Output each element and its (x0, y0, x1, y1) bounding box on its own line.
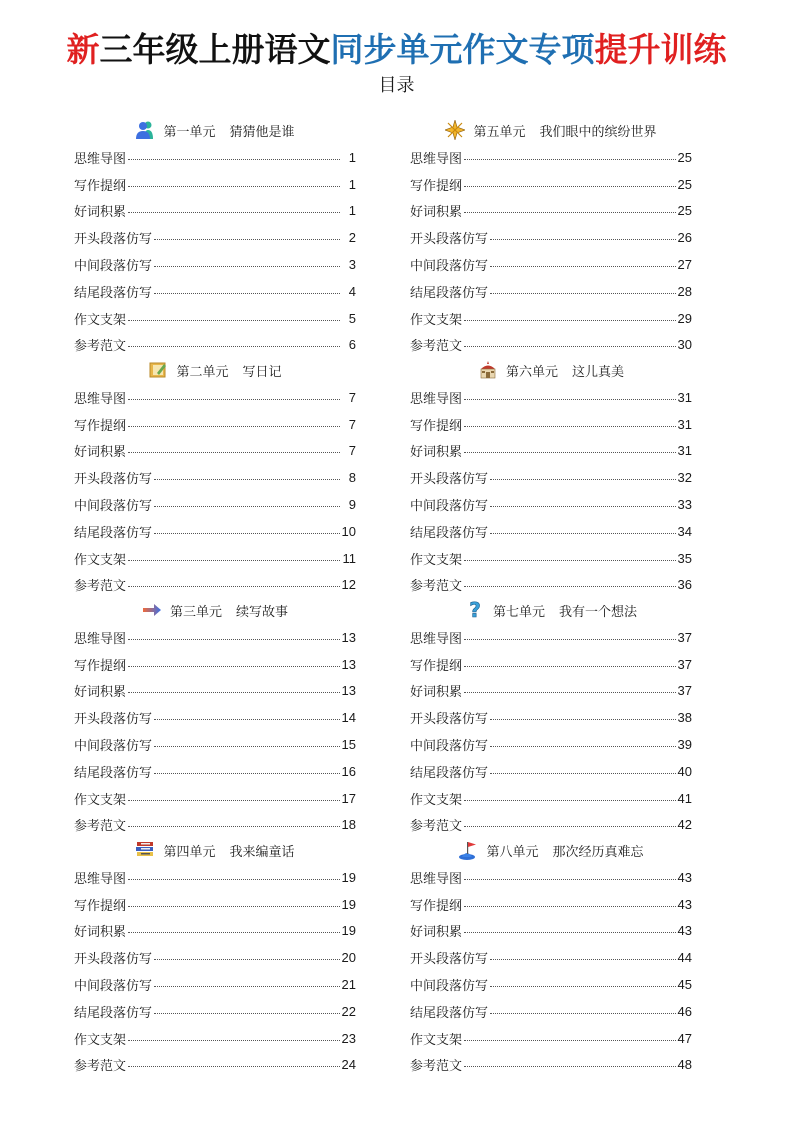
dot-leader (490, 479, 676, 480)
dot-leader (490, 1013, 676, 1014)
toc-entry-page: 19 (342, 897, 356, 912)
dot-leader (490, 533, 676, 534)
toc-entry-label: 结尾段落仿写 (74, 522, 152, 541)
toc-entry[interactable]: 作文支架41 (410, 785, 692, 812)
toc-unit: 第四单元我来编童话思维导图19写作提纲19好词积累19开头段落仿写20中间段落仿… (74, 836, 356, 1076)
toc-entry-label: 好词积累 (410, 201, 462, 220)
svg-text:?: ? (469, 600, 481, 620)
toc-entry[interactable]: 思维导图43 (410, 864, 692, 891)
toc-entry-page: 33 (678, 497, 692, 512)
toc-entry-page: 9 (342, 497, 356, 512)
toc-unit: 第八单元那次经历真难忘思维导图43写作提纲43好词积累43开头段落仿写44中间段… (410, 836, 692, 1076)
dot-leader (154, 746, 340, 747)
toc-entry[interactable]: 好词积累25 (410, 198, 692, 225)
dot-leader (464, 452, 676, 453)
toc-entry-page: 26 (678, 230, 692, 245)
toc-entry[interactable]: 中间段落仿写3 (74, 251, 356, 278)
toc-entry-page: 43 (678, 923, 692, 938)
toc-entry-page: 48 (678, 1057, 692, 1072)
unit-header[interactable]: 第六单元这儿真美 (410, 356, 692, 384)
title-part-1: 新 (67, 30, 100, 69)
toc-entry-page: 7 (342, 443, 356, 458)
dot-leader (154, 719, 340, 720)
dot-leader (154, 239, 340, 240)
unit-name: 猜猜他是谁 (230, 121, 295, 140)
toc-entry[interactable]: 好词积累43 (410, 918, 692, 945)
toc-entry[interactable]: 写作提纲43 (410, 891, 692, 918)
unit-header[interactable]: 第一单元猜猜他是谁 (74, 116, 356, 144)
toc-entry-label: 参考范文 (74, 1055, 126, 1074)
toc-entry[interactable]: 中间段落仿写39 (410, 731, 692, 758)
unit-header[interactable]: 第四单元我来编童话 (74, 836, 356, 864)
toc-entry[interactable]: 写作提纲7 (74, 411, 356, 438)
toc-entry-label: 开头段落仿写 (410, 228, 488, 247)
toc-entry[interactable]: 写作提纲31 (410, 411, 692, 438)
dot-leader (154, 986, 340, 987)
toc-entry-label: 中间段落仿写 (410, 495, 488, 514)
toc-entry-label: 好词积累 (410, 441, 462, 460)
unit-number: 第六单元 (506, 361, 558, 380)
toc-entry-page: 46 (678, 1004, 692, 1019)
question-icon: ? (465, 600, 485, 620)
toc-entry[interactable]: 结尾段落仿写40 (410, 758, 692, 785)
toc-entry-page: 37 (678, 630, 692, 645)
toc-entry-label: 好词积累 (410, 681, 462, 700)
toc-entry[interactable]: 结尾段落仿写22 (74, 998, 356, 1025)
dot-leader (128, 826, 340, 827)
toc-heading: 目录 (0, 74, 793, 98)
toc-entry[interactable]: 参考范文42 (410, 812, 692, 839)
toc-entry[interactable]: 好词积累13 (74, 678, 356, 705)
toc-entry-label: 写作提纲 (410, 655, 462, 674)
building-icon (478, 360, 498, 380)
toc-unit: 第六单元这儿真美思维导图31写作提纲31好词积累31开头段落仿写32中间段落仿写… (410, 356, 692, 596)
toc-entry[interactable]: 中间段落仿写15 (74, 731, 356, 758)
toc-entry[interactable]: 作文支架47 (410, 1025, 692, 1052)
toc-entry-page: 5 (342, 311, 356, 326)
toc-entry-page: 2 (342, 230, 356, 245)
dot-leader (464, 320, 676, 321)
unit-number: 第三单元 (170, 601, 222, 620)
toc-entry-label: 结尾段落仿写 (410, 282, 488, 301)
toc-entry-page: 19 (342, 923, 356, 938)
toc-entry-page: 44 (678, 950, 692, 965)
unit-name: 这儿真美 (572, 361, 624, 380)
toc-entry-label: 结尾段落仿写 (410, 522, 488, 541)
toc-entry-label: 结尾段落仿写 (410, 1002, 488, 1021)
unit-header[interactable]: ?第七单元我有一个想法 (410, 596, 692, 624)
dot-leader (464, 800, 676, 801)
dot-leader (128, 906, 340, 907)
toc-entry[interactable]: 写作提纲13 (74, 651, 356, 678)
toc-entry[interactable]: 写作提纲37 (410, 651, 692, 678)
people-icon (135, 120, 155, 140)
unit-number: 第八单元 (486, 841, 538, 860)
toc-entry-label: 开头段落仿写 (74, 228, 152, 247)
toc-entry[interactable]: 作文支架35 (410, 545, 692, 572)
toc-entry[interactable]: 中间段落仿写9 (74, 491, 356, 518)
toc-entry-label: 开头段落仿写 (74, 708, 152, 727)
title-part-4: 提升训练 (595, 30, 727, 69)
toc-entry-label: 中间段落仿写 (410, 735, 488, 754)
unit-number: 第四单元 (163, 841, 215, 860)
unit-number: 第二单元 (176, 361, 228, 380)
toc-entry[interactable]: 作文支架11 (74, 545, 356, 572)
unit-number: 第七单元 (493, 601, 545, 620)
unit-name: 我有一个想法 (559, 601, 637, 620)
dot-leader (464, 399, 676, 400)
unit-header[interactable]: 第三单元续写故事 (74, 596, 356, 624)
dot-leader (464, 159, 676, 160)
toc-unit: 第一单元猜猜他是谁思维导图1写作提纲1好词积累1开头段落仿写2中间段落仿写3结尾… (74, 116, 356, 356)
toc-entry-label: 中间段落仿写 (74, 975, 152, 994)
toc-entry-label: 写作提纲 (410, 175, 462, 194)
toc-entry-page: 7 (342, 390, 356, 405)
toc-entry[interactable]: 写作提纲25 (410, 171, 692, 198)
dot-leader (128, 666, 340, 667)
toc-entry-label: 参考范文 (74, 575, 126, 594)
dot-leader (128, 586, 340, 587)
toc-entry-label: 开头段落仿写 (410, 468, 488, 487)
toc-entry-label: 结尾段落仿写 (74, 1002, 152, 1021)
toc-entry-page: 16 (342, 764, 356, 779)
toc-entry[interactable]: 结尾段落仿写4 (74, 278, 356, 305)
toc-entry-page: 40 (678, 764, 692, 779)
toc-entry[interactable]: 参考范文12 (74, 572, 356, 599)
title-part-2: 三年级上册语文 (100, 30, 331, 69)
dot-leader (490, 239, 676, 240)
toc-entry-label: 思维导图 (410, 628, 462, 647)
arrow-icon (142, 600, 162, 620)
unit-header[interactable]: 第八单元那次经历真难忘 (410, 836, 692, 864)
toc-entry[interactable]: 结尾段落仿写10 (74, 518, 356, 545)
toc-entry-label: 好词积累 (74, 201, 126, 220)
toc-entry-page: 37 (678, 683, 692, 698)
toc-entry[interactable]: 中间段落仿写21 (74, 971, 356, 998)
toc-entry-page: 30 (678, 337, 692, 352)
dot-leader (154, 1013, 340, 1014)
toc-entry[interactable]: 中间段落仿写27 (410, 251, 692, 278)
toc-entry-page: 31 (678, 417, 692, 432)
toc-entry[interactable]: 开头段落仿写2 (74, 224, 356, 251)
dot-leader (464, 1040, 676, 1041)
toc-entry[interactable]: 好词积累7 (74, 438, 356, 465)
toc-entry-label: 好词积累 (410, 921, 462, 940)
toc-entry-label: 作文支架 (74, 789, 126, 808)
dot-leader (464, 426, 676, 427)
toc-column-right: 第五单元我们眼中的缤纷世界思维导图25写作提纲25好词积累25开头段落仿写26中… (410, 116, 692, 1076)
toc-entry-page: 13 (342, 683, 356, 698)
toc-entry[interactable]: 开头段落仿写8 (74, 464, 356, 491)
toc-entry-page: 15 (342, 737, 356, 752)
toc-entry[interactable]: 作文支架5 (74, 305, 356, 332)
toc-entry[interactable]: 好词积累31 (410, 438, 692, 465)
toc-entry-label: 参考范文 (410, 815, 462, 834)
toc-entry-label: 参考范文 (410, 575, 462, 594)
toc-entry[interactable]: 思维导图7 (74, 384, 356, 411)
toc-entry[interactable]: 思维导图19 (74, 864, 356, 891)
unit-name: 续写故事 (236, 601, 288, 620)
toc-entry[interactable]: 中间段落仿写45 (410, 971, 692, 998)
dot-leader (128, 692, 340, 693)
dot-leader (464, 1066, 676, 1067)
toc-entry-page: 14 (342, 710, 356, 725)
toc-entry-page: 17 (342, 791, 356, 806)
toc-entry[interactable]: 开头段落仿写26 (410, 224, 692, 251)
flag-icon (458, 840, 478, 860)
unit-name: 我来编童话 (230, 841, 295, 860)
toc-unit: 第三单元续写故事思维导图13写作提纲13好词积累13开头段落仿写14中间段落仿写… (74, 596, 356, 836)
toc-entry-page: 27 (678, 257, 692, 272)
toc-entry-page: 45 (678, 977, 692, 992)
toc-entry-page: 42 (678, 817, 692, 832)
toc-entry-label: 作文支架 (410, 309, 462, 328)
toc-entry-page: 19 (342, 870, 356, 885)
toc-entry[interactable]: 结尾段落仿写46 (410, 998, 692, 1025)
toc-entry-page: 13 (342, 630, 356, 645)
toc-entry-page: 1 (342, 150, 356, 165)
dot-leader (154, 773, 340, 774)
toc-entry-page: 18 (342, 817, 356, 832)
toc-entry-page: 25 (678, 177, 692, 192)
toc-entry[interactable]: 参考范文36 (410, 572, 692, 599)
toc-entry-label: 参考范文 (410, 335, 462, 354)
toc-entry-page: 11 (342, 551, 356, 566)
unit-name: 我们眼中的缤纷世界 (540, 121, 657, 140)
dot-leader (128, 932, 340, 933)
dot-leader (490, 506, 676, 507)
toc-entry[interactable]: 结尾段落仿写16 (74, 758, 356, 785)
dot-leader (464, 639, 676, 640)
toc-entry-label: 中间段落仿写 (74, 255, 152, 274)
toc-entry-page: 8 (342, 470, 356, 485)
toc-entry-page: 24 (342, 1057, 356, 1072)
toc-entry-page: 35 (678, 551, 692, 566)
toc-entry-page: 41 (678, 791, 692, 806)
toc-entry[interactable]: 开头段落仿写44 (410, 944, 692, 971)
toc-entry-label: 开头段落仿写 (410, 948, 488, 967)
document-title: 新三年级上册语文同步单元作文专项提升训练 (0, 28, 793, 72)
toc-entry-page: 10 (342, 524, 356, 539)
toc-entry[interactable]: 思维导图37 (410, 624, 692, 651)
dot-leader (128, 560, 340, 561)
toc-unit: 第二单元写日记思维导图7写作提纲7好词积累7开头段落仿写8中间段落仿写9结尾段落… (74, 356, 356, 596)
dot-leader (464, 186, 676, 187)
dot-leader (128, 320, 340, 321)
unit-number: 第五单元 (473, 121, 525, 140)
dot-leader (128, 452, 340, 453)
toc-entry-label: 思维导图 (410, 388, 462, 407)
toc-entry-label: 作文支架 (74, 1029, 126, 1048)
toc-entry-label: 结尾段落仿写 (74, 282, 152, 301)
dot-leader (490, 293, 676, 294)
toc-entry[interactable]: 开头段落仿写14 (74, 704, 356, 731)
toc-entry-page: 7 (342, 417, 356, 432)
toc-entry-page: 23 (342, 1031, 356, 1046)
toc-entry[interactable]: 作文支架23 (74, 1025, 356, 1052)
toc-entry-label: 参考范文 (74, 815, 126, 834)
dot-leader (464, 560, 676, 561)
dot-leader (128, 186, 340, 187)
dot-leader (128, 800, 340, 801)
toc-entry-label: 中间段落仿写 (410, 975, 488, 994)
toc-entry-label: 思维导图 (410, 148, 462, 167)
toc-entry[interactable]: 开头段落仿写38 (410, 704, 692, 731)
toc-entry-page: 38 (678, 710, 692, 725)
toc-entry-page: 47 (678, 1031, 692, 1046)
dot-leader (490, 719, 676, 720)
toc-entry[interactable]: 参考范文48 (410, 1052, 692, 1079)
toc-entry-label: 思维导图 (410, 868, 462, 887)
toc-entry-page: 25 (678, 203, 692, 218)
toc-entry-label: 开头段落仿写 (74, 948, 152, 967)
toc-column-left: 第一单元猜猜他是谁思维导图1写作提纲1好词积累1开头段落仿写2中间段落仿写3结尾… (74, 116, 356, 1076)
dot-leader (464, 346, 676, 347)
toc-entry[interactable]: 中间段落仿写33 (410, 491, 692, 518)
dot-leader (128, 346, 340, 347)
dot-leader (490, 959, 676, 960)
dot-leader (464, 212, 676, 213)
toc-entry[interactable]: 开头段落仿写32 (410, 464, 692, 491)
toc-entry-page: 4 (342, 284, 356, 299)
unit-header[interactable]: 第五单元我们眼中的缤纷世界 (410, 116, 692, 144)
toc-entry[interactable]: 作文支架29 (410, 305, 692, 332)
toc-entry[interactable]: 写作提纲1 (74, 171, 356, 198)
toc-entry-page: 43 (678, 870, 692, 885)
dot-leader (128, 1066, 340, 1067)
toc-entry-page: 1 (342, 203, 356, 218)
toc-entry-page: 31 (678, 390, 692, 405)
toc-entry[interactable]: 结尾段落仿写34 (410, 518, 692, 545)
toc-entry-label: 好词积累 (74, 441, 126, 460)
dot-leader (464, 826, 676, 827)
toc-unit: 第五单元我们眼中的缤纷世界思维导图25写作提纲25好词积累25开头段落仿写26中… (410, 116, 692, 356)
toc-entry-label: 中间段落仿写 (74, 495, 152, 514)
toc-entry-page: 34 (678, 524, 692, 539)
toc-entry[interactable]: 参考范文6 (74, 332, 356, 359)
notebook-icon (148, 360, 168, 380)
unit-header[interactable]: 第二单元写日记 (74, 356, 356, 384)
toc-entry[interactable]: 作文支架17 (74, 785, 356, 812)
dot-leader (128, 212, 340, 213)
toc-unit: ?第七单元我有一个想法思维导图37写作提纲37好词积累37开头段落仿写38中间段… (410, 596, 692, 836)
toc-entry-label: 作文支架 (410, 1029, 462, 1048)
toc-entry-page: 20 (342, 950, 356, 965)
toc-entry-page: 21 (342, 977, 356, 992)
dot-leader (154, 533, 340, 534)
unit-name: 那次经历真难忘 (553, 841, 644, 860)
toc-entry-page: 39 (678, 737, 692, 752)
toc-entry-page: 29 (678, 311, 692, 326)
toc-entry-label: 好词积累 (74, 681, 126, 700)
toc-entry-label: 参考范文 (410, 1055, 462, 1074)
dot-leader (154, 293, 340, 294)
unit-name: 写日记 (243, 361, 282, 380)
toc-entry-label: 作文支架 (410, 789, 462, 808)
toc-entry-label: 结尾段落仿写 (74, 762, 152, 781)
dot-leader (464, 692, 676, 693)
toc-entry-label: 写作提纲 (74, 415, 126, 434)
dot-leader (128, 426, 340, 427)
toc-entry-page: 25 (678, 150, 692, 165)
toc-entry-page: 22 (342, 1004, 356, 1019)
toc-entry-page: 37 (678, 657, 692, 672)
toc-entry-label: 思维导图 (74, 628, 126, 647)
dot-leader (490, 986, 676, 987)
unit-number: 第一单元 (163, 121, 215, 140)
dot-leader (154, 959, 340, 960)
toc-entry[interactable]: 参考范文18 (74, 812, 356, 839)
toc-entry[interactable]: 好词积累37 (410, 678, 692, 705)
toc-entry-label: 思维导图 (74, 868, 126, 887)
dot-leader (464, 932, 676, 933)
dot-leader (464, 586, 676, 587)
toc-entry-label: 作文支架 (74, 549, 126, 568)
toc-entry[interactable]: 思维导图1 (74, 144, 356, 171)
dot-leader (490, 746, 676, 747)
toc-entry-label: 写作提纲 (74, 655, 126, 674)
toc-entry-page: 12 (342, 577, 356, 592)
dot-leader (128, 879, 340, 880)
dot-leader (128, 399, 340, 400)
toc-entry-label: 参考范文 (74, 335, 126, 354)
toc-entry-page: 1 (342, 177, 356, 192)
toc-entry-page: 43 (678, 897, 692, 912)
dot-leader (154, 266, 340, 267)
toc-entry[interactable]: 思维导图31 (410, 384, 692, 411)
toc-entry[interactable]: 开头段落仿写20 (74, 944, 356, 971)
toc-entry-label: 好词积累 (74, 921, 126, 940)
toc-entry[interactable]: 思维导图25 (410, 144, 692, 171)
dot-leader (154, 506, 340, 507)
toc-entry[interactable]: 思维导图13 (74, 624, 356, 651)
toc-entry-page: 28 (678, 284, 692, 299)
title-part-3: 同步单元作文专项 (331, 30, 595, 69)
dot-leader (128, 159, 340, 160)
dot-leader (464, 906, 676, 907)
toc-entry[interactable]: 写作提纲19 (74, 891, 356, 918)
toc-entry-label: 中间段落仿写 (74, 735, 152, 754)
toc-entry-label: 结尾段落仿写 (410, 762, 488, 781)
toc-entry-label: 作文支架 (410, 549, 462, 568)
toc-entry[interactable]: 好词积累1 (74, 198, 356, 225)
toc-entry-page: 36 (678, 577, 692, 592)
dot-leader (464, 879, 676, 880)
dot-leader (128, 639, 340, 640)
toc-entry-label: 写作提纲 (74, 895, 126, 914)
dot-leader (154, 479, 340, 480)
toc-entry[interactable]: 好词积累19 (74, 918, 356, 945)
toc-entry-label: 开头段落仿写 (74, 468, 152, 487)
toc-entry-page: 13 (342, 657, 356, 672)
toc-entry[interactable]: 参考范文24 (74, 1052, 356, 1079)
toc-entry-label: 中间段落仿写 (410, 255, 488, 274)
toc-entry-label: 思维导图 (74, 388, 126, 407)
toc-entry-label: 写作提纲 (74, 175, 126, 194)
toc-entry-page: 6 (342, 337, 356, 352)
dot-leader (490, 773, 676, 774)
toc-entry-label: 作文支架 (74, 309, 126, 328)
toc-entry[interactable]: 参考范文30 (410, 332, 692, 359)
toc-entry-page: 31 (678, 443, 692, 458)
toc-entry[interactable]: 结尾段落仿写28 (410, 278, 692, 305)
toc-entry-label: 开头段落仿写 (410, 708, 488, 727)
sparkle-icon (445, 120, 465, 140)
dot-leader (128, 1040, 340, 1041)
toc-entry-label: 思维导图 (74, 148, 126, 167)
toc-entry-page: 32 (678, 470, 692, 485)
toc-entry-label: 写作提纲 (410, 415, 462, 434)
